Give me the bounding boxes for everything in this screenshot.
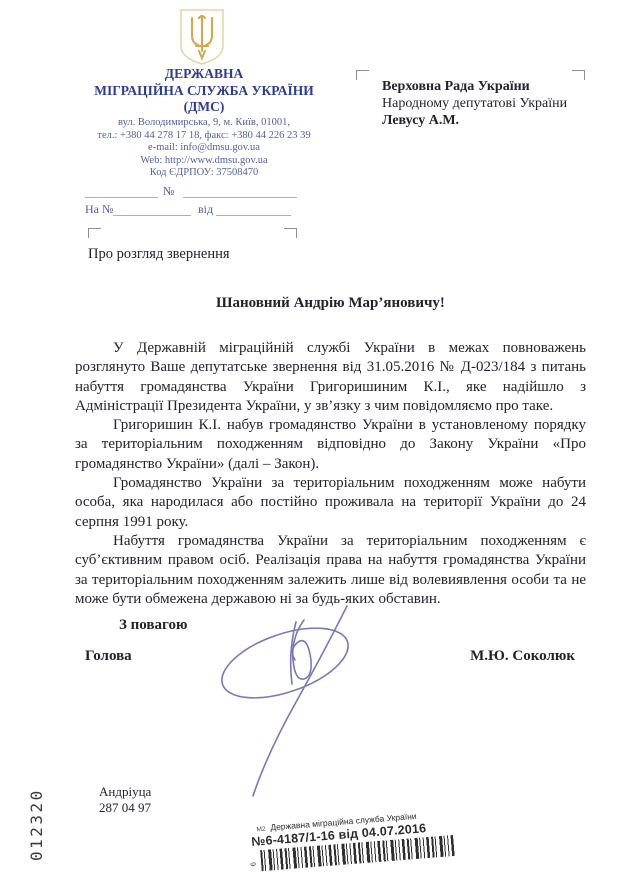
closing-regards: З повагою <box>119 617 187 634</box>
recipient-name: Левусу А.М. <box>382 112 567 129</box>
body-paragraph-3: Громадянство України за територіальним п… <box>75 474 586 532</box>
body-paragraph-2: Григоришин К.І. набув громадянство Украї… <box>75 416 586 474</box>
ukraine-trident-emblem-icon <box>179 8 225 66</box>
executor-phone: 287 04 97 <box>99 800 151 816</box>
scanned-letter-page: ДЕРЖАВНА МІГРАЦІЙНА СЛУЖБА УКРАЇНИ (ДМС)… <box>0 0 640 881</box>
sticker-prefix: М2 <box>256 826 266 834</box>
org-name-block: ДЕРЖАВНА МІГРАЦІЙНА СЛУЖБА УКРАЇНИ (ДМС) <box>63 66 345 116</box>
org-contact-block: вул. Володимирська, 9, м. Київ, 01001, т… <box>63 117 345 180</box>
recipient-role: Народному депутатові України <box>382 95 567 112</box>
org-name-line3: (ДМС) <box>63 99 345 116</box>
subject-corner-mark-left <box>88 228 101 238</box>
org-address-line1: вул. Володимирська, 9, м. Київ, 01001, <box>63 117 345 130</box>
recipient-corner-mark-left <box>356 70 369 80</box>
recipient-block: Верховна Рада України Народному депутато… <box>382 78 567 129</box>
recipient-corner-mark-right <box>572 70 585 80</box>
barcode-side-mark: 6 <box>249 862 258 867</box>
letter-body: У Державній міграційній службі України в… <box>75 339 586 609</box>
registration-barcode-sticker: М2 Державна міграційна служба України №6… <box>249 807 470 872</box>
org-name-line1: ДЕРЖАВНА <box>63 66 345 83</box>
reply-to-number-label: На № <box>85 202 113 217</box>
subject-corner-mark-right <box>284 228 297 238</box>
number-sign-label: № <box>163 184 174 199</box>
reply-number-blank-line <box>113 214 191 216</box>
subject-line: Про розгляд звернення <box>88 246 230 263</box>
body-paragraph-1: У Державній міграційній службі України в… <box>75 339 586 416</box>
vertical-registration-code: 012320 <box>27 788 46 861</box>
reply-date-label: від <box>198 202 213 217</box>
recipient-org: Верховна Рада України <box>382 78 567 95</box>
org-name-line2: МІГРАЦІЙНА СЛУЖБА УКРАЇНИ <box>63 83 345 100</box>
org-edrpou-code: Код ЄДРПОУ: 37508470 <box>63 167 345 180</box>
outgoing-number-blank-line <box>183 196 297 198</box>
executor-block: Андріуца 287 04 97 <box>99 784 151 816</box>
outgoing-date-blank-line <box>85 196 158 198</box>
org-website: Web: http://www.dmsu.gov.ua <box>63 155 345 168</box>
signer-name: М.Ю. Соколюк <box>75 648 575 665</box>
executor-name: Андріуца <box>99 784 151 800</box>
body-paragraph-4: Набуття громадянства України за територі… <box>75 532 586 609</box>
reply-date-blank-line <box>216 214 291 216</box>
org-email: e-mail: info@dmsu.gov.ua <box>63 142 345 155</box>
org-address-line2: тел.: +380 44 278 17 18, факс: +380 44 2… <box>63 130 345 143</box>
salutation: Шановний Андрію Мар’яновичу! <box>75 295 586 312</box>
